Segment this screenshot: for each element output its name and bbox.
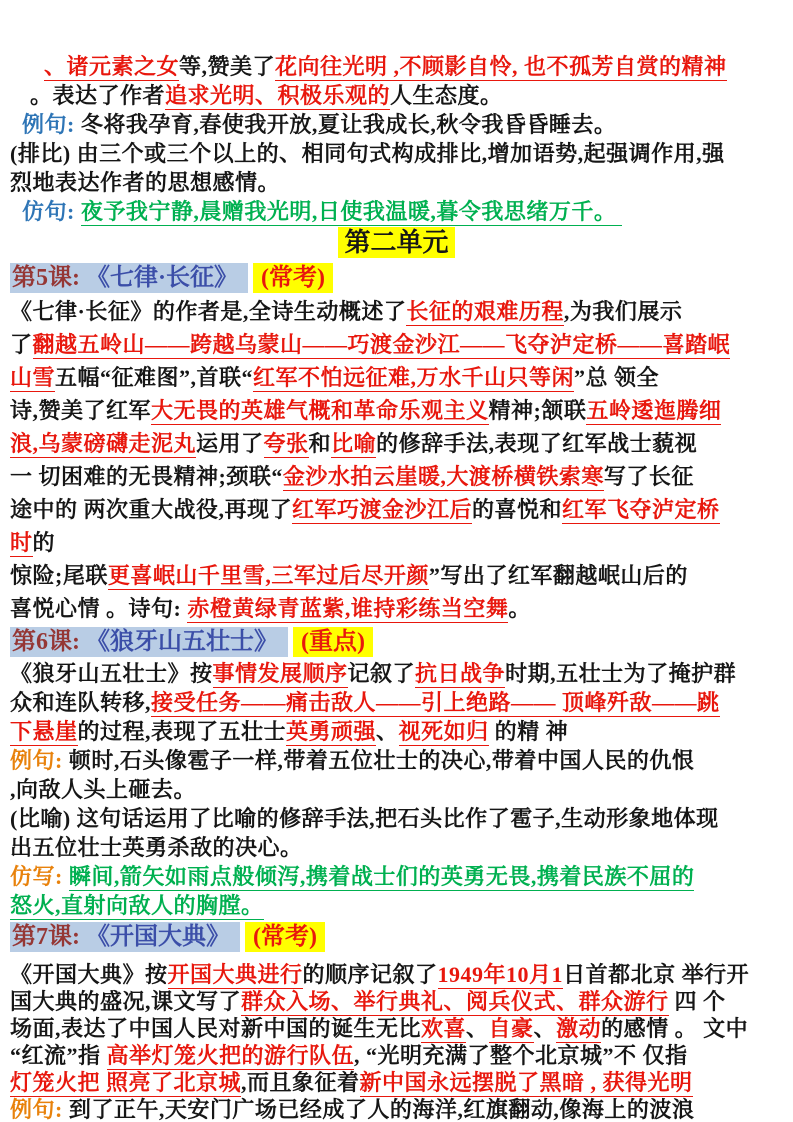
text-segment: 英勇顽强 [286, 719, 376, 746]
text-segment: 的顺序记叙了 [303, 962, 438, 987]
text-segment: 群众入场、举行典礼、阅兵仪式、群众游行 [241, 989, 669, 1016]
text-line: 众和连队转移,接受任务——痛击敌人——引上绝路—— 顶峰歼敌——跳 [10, 688, 783, 717]
text-segment: 的喜悦和 [472, 497, 562, 522]
text-segment: ,而且象征着 [241, 1070, 360, 1095]
text-segment: 的修辞手法,表现了红军战士藐视 [376, 431, 697, 456]
text-segment: 例句: [10, 1097, 63, 1122]
text-segment: 大无畏的英雄气概和革命乐观主义 [151, 398, 489, 425]
text-segment: 了 [10, 332, 33, 357]
text-segment: 瞬间,箭矢如雨点般倾泻,携着战士们的英勇无畏,携着民族不屈的 [69, 864, 695, 891]
text-segment: 、 [466, 1016, 489, 1041]
text-segment: 追求光明、积极乐观的 [165, 83, 390, 110]
text-segment: 《开国大典》按 [10, 962, 168, 987]
lesson-title: 《开国大典》 [86, 924, 230, 950]
text-line: 仿写: 瞬间,箭矢如雨点般倾泻,携着战士们的英勇无畏,携着民族不屈的 [10, 862, 783, 891]
lesson-number: 第5课: [12, 265, 86, 291]
text-line: 场面,表达了中国人民对新中国的诞生无比欢喜、自豪、激动的感情 。 文中 [10, 1015, 783, 1042]
text-segment: 视死如归 [399, 719, 489, 746]
text-segment: (排比) 由三个或三个以上的、相同句式构成排比,增加语势,起强调作用,强 [10, 141, 725, 166]
text-segment [63, 864, 69, 889]
lesson-tag: (常考) [245, 922, 325, 952]
text-line: ,向敌人头上砸去。 [10, 775, 783, 804]
text-segment: 赤橙黄绿青蓝紫,谁持彩练当空舞 [187, 596, 508, 623]
lesson-header: 第7课: 《开国大典》(常考) [10, 920, 783, 954]
text-segment: 的 [33, 530, 56, 555]
text-segment: 翻越五岭山——跨越乌蒙山——巧渡金沙江——飞夺泸定桥——喜踏岷 [33, 332, 731, 359]
text-segment: 时 [10, 530, 33, 557]
document-page: 、诸元素之女等,赞美了花向往光明 ,不顾影自怜, 也不孤芳自赏的精神。表达了作者… [0, 0, 793, 1122]
text-segment: 《七律·长征》的作者是,全诗生动概述了 [10, 299, 406, 324]
text-segment: 例句: [10, 748, 63, 773]
text-line: 国大典的盛况,课文写了群众入场、举行典礼、阅兵仪式、群众游行 四 个 [10, 988, 783, 1015]
text-segment: 新中国永远摆脱了黑暗 , 获得光明 [360, 1070, 693, 1097]
text-segment: 红军不怕远征难,万水千山只等闲 [253, 365, 574, 392]
text-segment: 。 [508, 596, 531, 621]
text-segment: 诗,赞美了红军 [10, 398, 151, 423]
text-segment: 事情发展顺序 [213, 661, 348, 688]
text-line: 浪,乌蒙磅礴走泥丸运用了夸张和比喻的修辞手法,表现了红军战士藐视 [10, 427, 783, 460]
text-segment: ”总 领全 [574, 365, 659, 390]
text-line: 一 切困难的无畏精神;颈联“金沙水拍云崖暖,大渡桥横铁索寒写了长征 [10, 460, 783, 493]
text-segment: 、 [376, 719, 399, 744]
text-segment: 夸张 [264, 431, 309, 458]
lesson-number: 第6课: [12, 629, 86, 655]
text-segment: 下悬崖 [10, 719, 78, 746]
text-segment: , “光明充满了整个北京城”不 仅指 [354, 1043, 688, 1068]
text-segment: 一 切困难的无畏精神;颈联“ [10, 464, 283, 489]
section-heading: 第二单元 [10, 227, 783, 259]
text-segment: 激动 [556, 1016, 601, 1043]
text-line: 《狼牙山五壮士》按事情发展顺序记叙了抗日战争时期,五壮士为了掩护群 [10, 659, 783, 688]
text-segment: 等,赞美了 [179, 54, 275, 79]
text-line: 出五位壮士英勇杀敌的决心。 [10, 833, 783, 862]
text-segment: 《狼牙山五壮士》按 [10, 661, 213, 686]
text-line: 例句: 顿时,石头像雹子一样,带着五位壮士的决心,带着中国人民的仇恨 [10, 746, 783, 775]
text-segment: 喜悦心情 。诗句: [10, 596, 187, 621]
text-segment: 欢喜 [421, 1016, 466, 1043]
lesson-course-highlight: 第5课: 《七律·长征》 [10, 263, 248, 293]
text-segment: ”写出了红军翻越岷山后的 [429, 563, 688, 588]
text-segment: 金沙水拍云崖暖,大渡桥横铁索寒 [283, 464, 604, 491]
text-segment: 高举灯笼火把的游行队伍 [107, 1043, 355, 1070]
text-line: 仿句: 夜予我宁静,晨赠我光明,日使我温暖,暮令我思绪万千。 [10, 197, 783, 226]
text-segment: 夜予我宁静,晨赠我光明,日使我温暖,暮令我思绪万千。 [81, 199, 623, 226]
text-line: 《开国大典》按开国大典进行的顺序记叙了1949年10月1日首都北京 举行开 [10, 961, 783, 988]
text-line: 。表达了作者追求光明、积极乐观的人生态度。 [10, 81, 783, 110]
text-segment: 场面,表达了中国人民对新中国的诞生无比 [10, 1016, 421, 1041]
text-segment: 日首都北京 举行开 [563, 962, 749, 987]
text-segment: 出五位壮士英勇杀敌的决心。 [10, 835, 303, 860]
lesson-tag: (常考) [253, 263, 333, 293]
text-segment: 1949年10月1 [438, 962, 564, 989]
text-segment: 更喜岷山千里雪,三军过后尽开颜 [108, 563, 429, 590]
lesson-title: 《七律·长征》 [86, 265, 238, 291]
text-segment: “红流”指 [10, 1043, 107, 1068]
text-segment: 抗日战争 [415, 661, 505, 688]
text-segment: 的过程,表现了五壮士 [78, 719, 287, 744]
text-line: 了翻越五岭山——跨越乌蒙山——巧渡金沙江——飞夺泸定桥——喜踏岷 [10, 328, 783, 361]
text-segment: 接受任务——痛击敌人——引上绝路—— 顶峰歼敌——跳 [151, 690, 720, 717]
text-line: “红流”指 高举灯笼火把的游行队伍, “光明充满了整个北京城”不 仅指 [10, 1042, 783, 1069]
text-segment: 红军巧渡金沙江后 [292, 497, 472, 524]
text-line: 惊险;尾联更喜岷山千里雪,三军过后尽开颜”写出了红军翻越岷山后的 [10, 559, 783, 592]
lesson-title: 《狼牙山五壮士》 [86, 629, 278, 655]
text-segment: 运用了 [196, 431, 264, 456]
text-line: 《七律·长征》的作者是,全诗生动概述了长征的艰难历程,为我们展示 [10, 295, 783, 328]
text-line: 时的 [10, 526, 783, 559]
text-line: 烈地表达作者的思想感情。 [10, 168, 783, 197]
text-line: (比喻) 这句话运用了比喻的修辞手法,把石头比作了雹子,生动形象地体现 [10, 804, 783, 833]
text-segment: 的精 神 [489, 719, 569, 744]
text-line: 山雪五幅“征难图”,首联“红军不怕远征难,万水千山只等闲”总 领全 [10, 361, 783, 394]
text-line: 、诸元素之女等,赞美了花向往光明 ,不顾影自怜, 也不孤芳自赏的精神 [10, 52, 783, 81]
text-segment: 五岭逶迤腾细 [586, 398, 721, 425]
text-line: 喜悦心情 。诗句: 赤橙黄绿青蓝紫,谁持彩练当空舞。 [10, 592, 783, 625]
lesson-header: 第5课: 《七律·长征》(常考) [10, 261, 783, 295]
text-segment: ,向敌人头上砸去。 [10, 777, 196, 802]
lesson-header: 第6课: 《狼牙山五壮士》(重点) [10, 625, 783, 659]
text-segment: 惊险;尾联 [10, 563, 108, 588]
text-segment: 。表达了作者 [30, 83, 165, 108]
text-segment: 精神;颔联 [489, 398, 587, 423]
text-segment: 、诸元素之女 [44, 54, 179, 81]
text-segment: 例句: [22, 112, 75, 137]
text-segment: 国大典的盛况,课文写了 [10, 989, 241, 1014]
text-segment: 仿写: [10, 864, 63, 889]
text-line: 下悬崖的过程,表现了五壮士英勇顽强、视死如归 的精 神 [10, 717, 783, 746]
text-line: (排比) 由三个或三个以上的、相同句式构成排比,增加语势,起强调作用,强 [10, 139, 783, 168]
text-line: 灯笼火把 照亮了北京城,而且象征着新中国永远摆脱了黑暗 , 获得光明 [10, 1069, 783, 1096]
text-line: 途中的 两次重大战役,再现了红军巧渡金沙江后的喜悦和红军飞夺泸定桥 [10, 493, 783, 526]
text-segment: 山雪 [10, 365, 55, 392]
text-segment: 灯笼火把 照亮了北京城 [10, 1070, 241, 1097]
text-line: 例句: 到了正午,天安门广场已经成了人的海洋,红旗翻动,像海上的波浪 [10, 1096, 783, 1122]
text-segment: 仿句: [22, 199, 75, 224]
text-segment: 怒火,直射向敌人的胸膛。 [10, 893, 264, 920]
text-segment: 长征的艰难历程 [406, 299, 564, 326]
text-segment: 自豪 [489, 1016, 534, 1043]
text-segment: 开国大典进行 [168, 962, 303, 989]
text-line: 例句: 冬将我孕育,春使我开放,夏让我成长,秋令我昏昏睡去。 [10, 110, 783, 139]
text-segment: 途中的 两次重大战役,再现了 [10, 497, 292, 522]
text-segment: 四 个 [669, 989, 726, 1014]
text-segment: 、 [534, 1016, 557, 1041]
text-segment: 到了正午,天安门广场已经成了人的海洋,红旗翻动,像海上的波浪 [63, 1097, 695, 1122]
text-segment: 花向往光明 ,不顾影自怜, 也不孤芳自赏的精神 [275, 54, 727, 81]
text-segment: 人生态度。 [390, 83, 503, 108]
text-segment: 五幅“征难图”,首联“ [55, 365, 253, 390]
text-segment: 红军飞夺泸定桥 [562, 497, 720, 524]
text-segment: 写了长征 [604, 464, 694, 489]
lesson-course-highlight: 第6课: 《狼牙山五壮士》 [10, 627, 288, 657]
text-segment [75, 199, 81, 224]
text-segment: 烈地表达作者的思想感情。 [10, 170, 280, 195]
text-segment: 浪,乌蒙磅礴走泥丸 [10, 431, 196, 458]
text-segment: 记叙了 [348, 661, 416, 686]
lesson-course-highlight: 第7课: 《开国大典》 [10, 922, 240, 952]
text-segment: 顿时,石头像雹子一样,带着五位壮士的决心,带着中国人民的仇恨 [63, 748, 695, 773]
section-heading-text: 第二单元 [338, 227, 454, 258]
text-line: 怒火,直射向敌人的胸膛。 [10, 891, 783, 920]
text-segment: 冬将我孕育,春使我开放,夏让我成长,秋令我昏昏睡去。 [75, 112, 617, 137]
text-segment: 和 [309, 431, 332, 456]
text-segment: 的感情 。 文中 [601, 1016, 748, 1041]
document-body: 、诸元素之女等,赞美了花向往光明 ,不顾影自怜, 也不孤芳自赏的精神。表达了作者… [10, 52, 783, 1122]
text-line: 诗,赞美了红军大无畏的英雄气概和革命乐观主义精神;颔联五岭逶迤腾细 [10, 394, 783, 427]
text-segment: (比喻) 这句话运用了比喻的修辞手法,把石头比作了雹子,生动形象地体现 [10, 806, 719, 831]
text-segment: 比喻 [331, 431, 376, 458]
lesson-number: 第7课: [12, 924, 86, 950]
lesson-tag: (重点) [293, 627, 373, 657]
text-segment: 时期,五壮士为了掩护群 [505, 661, 736, 686]
text-segment: ,为我们展示 [564, 299, 683, 324]
text-segment: 众和连队转移, [10, 690, 151, 715]
